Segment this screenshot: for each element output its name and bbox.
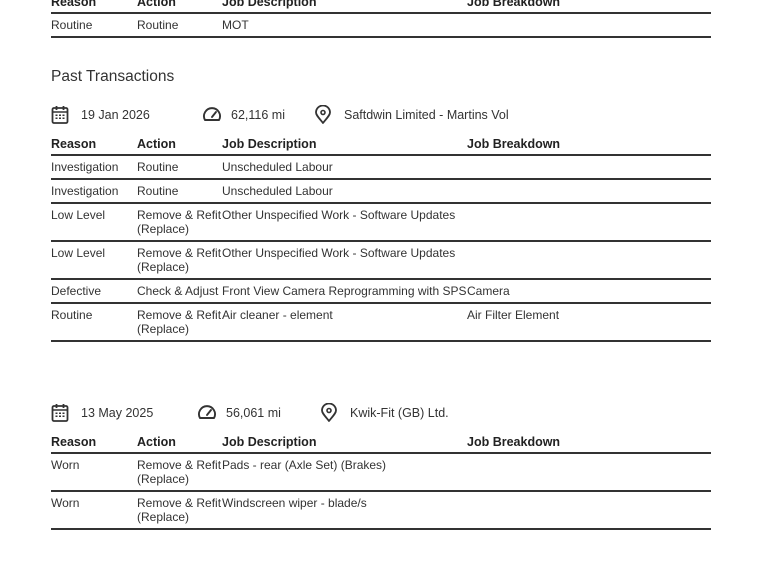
table-row: Routine Routine MOT — [51, 13, 711, 37]
transaction-card: 13 May 2025 56,061 mi Kwik-Fit (GB) Ltd.… — [51, 402, 711, 530]
col-job-description: Job Description — [222, 136, 467, 155]
col-job-breakdown: Job Breakdown — [467, 434, 711, 453]
cell-description: Unscheduled Labour — [222, 155, 467, 179]
col-job-description: Job Description — [222, 434, 467, 453]
cell-reason: Routine — [51, 303, 137, 341]
cell-reason: Defective — [51, 279, 137, 303]
cell-breakdown — [467, 241, 711, 279]
cell-action: Remove & Refit (Replace) — [137, 453, 222, 491]
speedometer-icon — [197, 405, 217, 421]
col-job-breakdown: Job Breakdown — [467, 0, 711, 13]
cell-breakdown — [467, 203, 711, 241]
cell-action: Remove & Refit (Replace) — [137, 303, 222, 341]
calendar-icon — [51, 403, 69, 423]
cell-description: MOT — [222, 13, 467, 37]
cell-reason: Low Level — [51, 203, 137, 241]
transaction-job-table: Reason Action Job Description Job Breakd… — [51, 136, 711, 342]
transaction-mileage: 56,061 mi — [226, 406, 281, 420]
map-pin-icon — [314, 105, 332, 125]
cell-action: Remove & Refit (Replace) — [137, 203, 222, 241]
cell-description: Pads - rear (Axle Set) (Brakes) — [222, 453, 467, 491]
col-action: Action — [137, 136, 222, 155]
table-row: Low Level Remove & Refit (Replace) Other… — [51, 203, 711, 241]
cell-breakdown — [467, 453, 711, 491]
transaction-job-table: Reason Action Job Description Job Breakd… — [51, 434, 711, 530]
cell-description: Other Unspecified Work - Software Update… — [222, 241, 467, 279]
cell-reason: Low Level — [51, 241, 137, 279]
col-job-description: Job Description — [222, 0, 467, 13]
col-action: Action — [137, 434, 222, 453]
cell-breakdown — [467, 155, 711, 179]
cell-breakdown — [467, 491, 711, 529]
col-job-breakdown: Job Breakdown — [467, 136, 711, 155]
transaction-mileage: 62,116 mi — [231, 108, 285, 122]
table-row: Investigation Routine Unscheduled Labour — [51, 155, 711, 179]
cell-breakdown — [467, 13, 711, 37]
transaction-date: 19 Jan 2026 — [81, 108, 150, 122]
cell-reason: Worn — [51, 491, 137, 529]
cell-description: Air cleaner - element — [222, 303, 467, 341]
col-reason: Reason — [51, 136, 137, 155]
transaction-location: Kwik-Fit (GB) Ltd. — [350, 406, 449, 420]
cell-action: Routine — [137, 179, 222, 203]
transaction-meta: 19 Jan 2026 62,116 mi Saftdwin Limited -… — [51, 104, 711, 126]
col-reason: Reason — [51, 434, 137, 453]
cell-action: Routine — [137, 13, 222, 37]
transaction-card: 19 Jan 2026 62,116 mi Saftdwin Limited -… — [51, 104, 711, 342]
cell-reason: Investigation — [51, 155, 137, 179]
cell-description: Unscheduled Labour — [222, 179, 467, 203]
cell-reason: Worn — [51, 453, 137, 491]
cell-action: Remove & Refit (Replace) — [137, 241, 222, 279]
transaction-meta: 13 May 2025 56,061 mi Kwik-Fit (GB) Ltd. — [51, 402, 711, 424]
cell-reason: Investigation — [51, 179, 137, 203]
cell-action: Routine — [137, 155, 222, 179]
cell-description: Other Unspecified Work - Software Update… — [222, 203, 467, 241]
cell-reason: Routine — [51, 13, 137, 37]
cell-breakdown — [467, 179, 711, 203]
cell-breakdown: Camera — [467, 279, 711, 303]
cell-description: Windscreen wiper - blade/s — [222, 491, 467, 529]
past-transactions-heading: Past Transactions — [51, 68, 174, 86]
cell-breakdown: Air Filter Element — [467, 303, 711, 341]
table-row: Defective Check & Adjust Front View Came… — [51, 279, 711, 303]
table-row: Investigation Routine Unscheduled Labour — [51, 179, 711, 203]
table-row: Routine Remove & Refit (Replace) Air cle… — [51, 303, 711, 341]
current-job-table-container: Reason Action Job Description Job Breakd… — [51, 0, 711, 38]
transaction-date: 13 May 2025 — [81, 406, 153, 420]
speedometer-icon — [202, 107, 222, 123]
table-row: Low Level Remove & Refit (Replace) Other… — [51, 241, 711, 279]
cell-description: Front View Camera Reprogramming with SPS — [222, 279, 467, 303]
calendar-icon — [51, 105, 69, 125]
col-action: Action — [137, 0, 222, 13]
cell-action: Remove & Refit (Replace) — [137, 491, 222, 529]
table-row: Worn Remove & Refit (Replace) Pads - rea… — [51, 453, 711, 491]
map-pin-icon — [320, 403, 338, 423]
col-reason: Reason — [51, 0, 137, 13]
table-row: Worn Remove & Refit (Replace) Windscreen… — [51, 491, 711, 529]
cell-action: Check & Adjust — [137, 279, 222, 303]
transaction-location: Saftdwin Limited - Martins Vol — [344, 108, 509, 122]
current-job-table: Reason Action Job Description Job Breakd… — [51, 0, 711, 38]
